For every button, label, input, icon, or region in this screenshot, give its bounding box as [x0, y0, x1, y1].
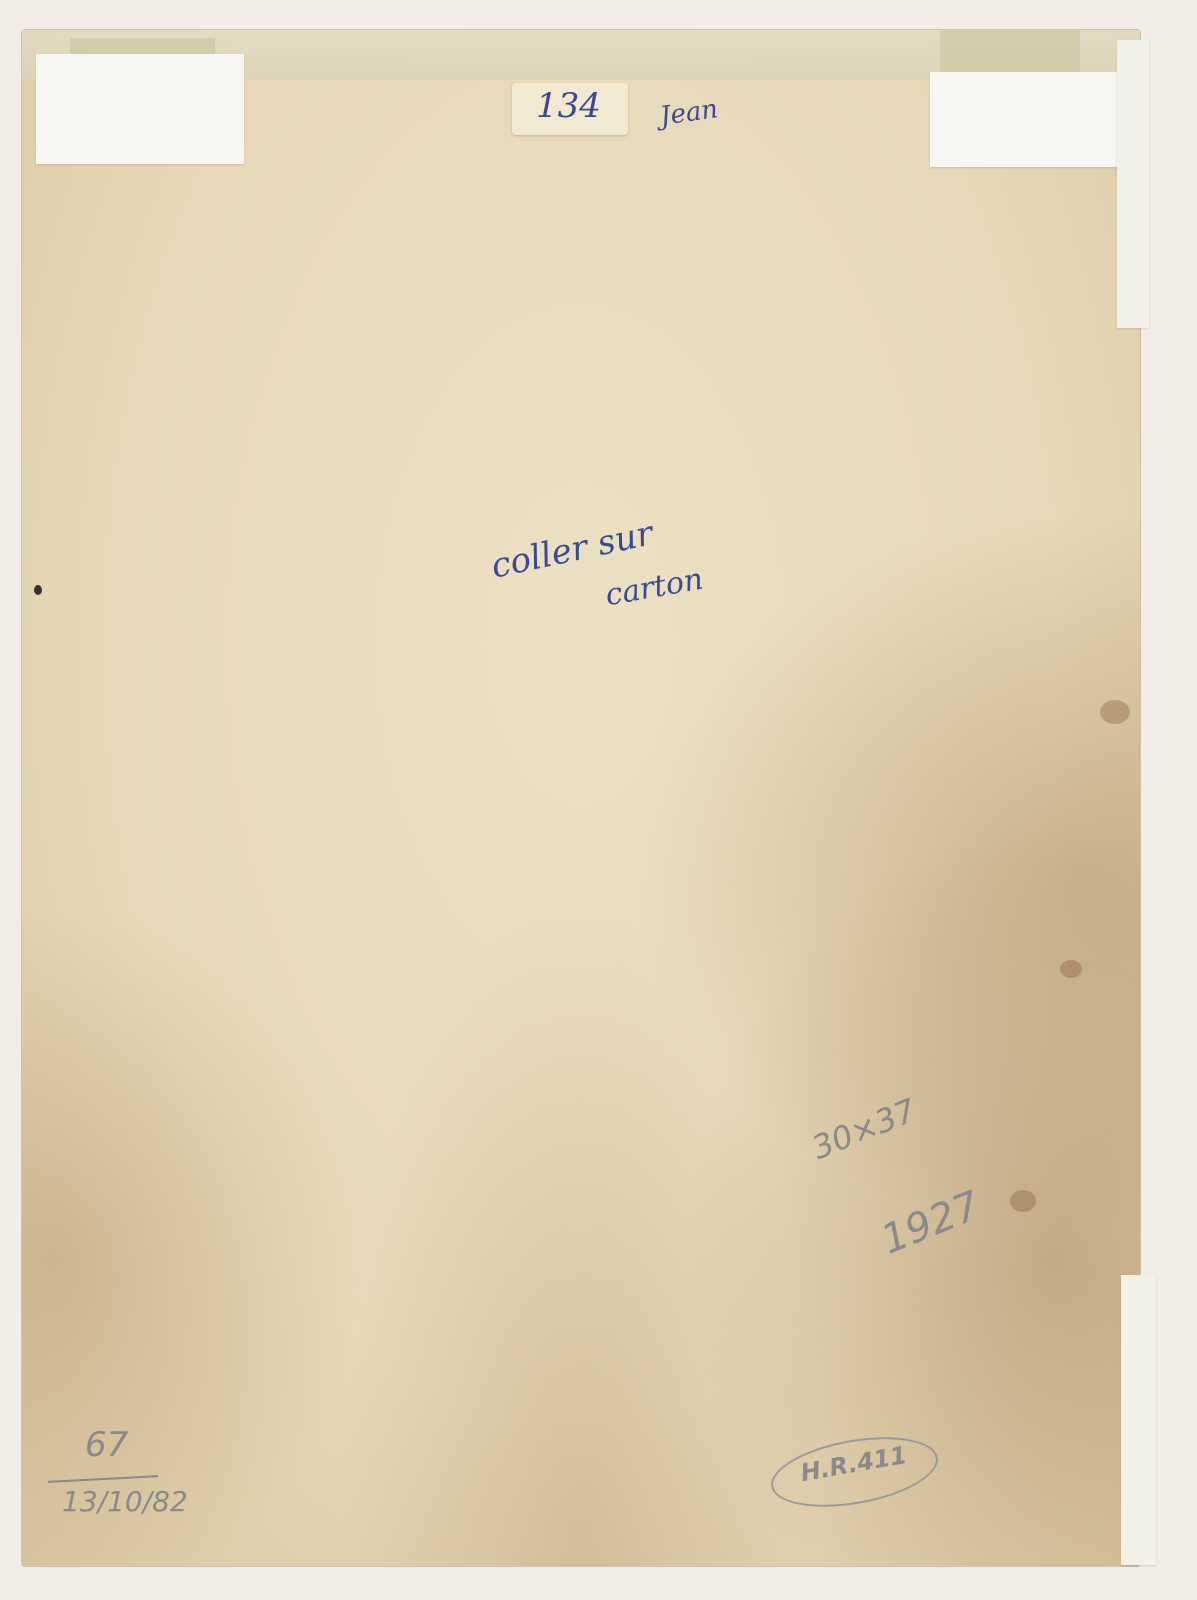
bottom-left-numerator: 67 — [85, 1425, 128, 1465]
bottom-left-date: 13/10/82 — [62, 1485, 188, 1518]
old-tape-right — [940, 30, 1080, 72]
tape-right-lower — [1121, 1275, 1156, 1565]
artwork-board-reverse — [22, 30, 1140, 1566]
foxing-spot — [1060, 960, 1082, 978]
label-number: 134 — [536, 86, 601, 126]
foxing-spot — [1010, 1190, 1036, 1212]
foxing-spot — [1100, 700, 1130, 724]
tape-top-left — [36, 54, 244, 164]
foxing-spot — [34, 585, 42, 595]
tape-right-upper — [1117, 40, 1149, 328]
tape-top-right — [930, 72, 1135, 167]
